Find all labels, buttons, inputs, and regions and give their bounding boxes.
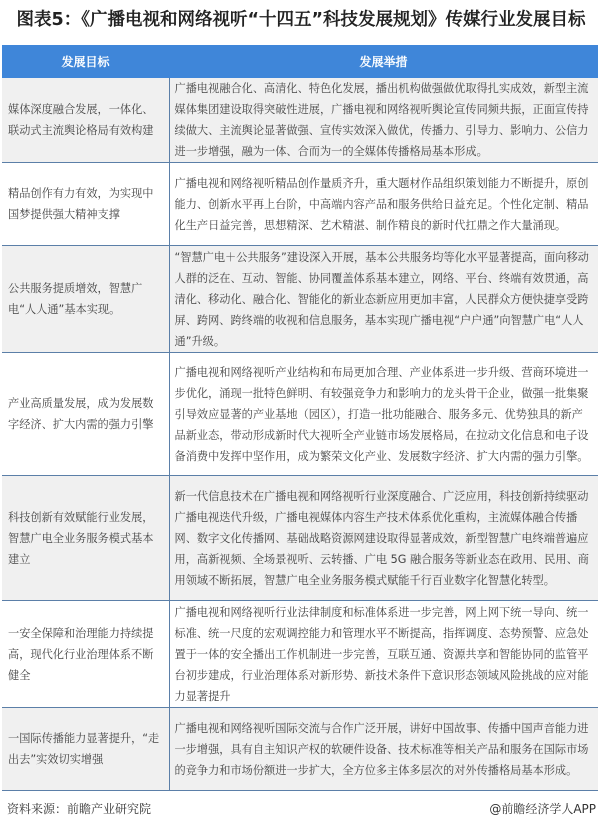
goal-cell: 媒体深度融合发展，一体化、联动式主流舆论格局有效构建 [2,78,169,163]
goal-cell: 一安全保障和治理能力持续提高，现代化行业治理体系不断健全 [2,601,169,708]
goal-cell: 科技创新有效赋能行业发展，智慧广电全业务服务模式基本建立 [2,476,169,601]
footer: 资料来源：前瞻产业研究院 @前瞻经济学人APP [7,800,596,817]
brand-watermark: @前瞻经济学人APP [489,800,596,817]
measure-cell: 新一代信息技术在广播电视和网络视听行业深度融合、广泛应用，科技创新持续驱动广播电… [169,476,598,601]
measure-cell: “智慧广电＋公共服务”建设深入开展，基本公共服务均等化水平显著提高，面向移动人群… [169,246,598,353]
measure-cell: 广播电视和网络视听行业法律制度和标准体系进一步完善，网上网下统一导向、统一标准、… [169,601,598,708]
table-row: 媒体深度融合发展，一体化、联动式主流舆论格局有效构建 广播电视融合化、高清化、特… [2,78,598,163]
table-row: 一国际传播能力显著提升，“走出去”实效切实增强 广播电视和网络视听国际交流与合作… [2,708,598,791]
goal-cell: 产业高质量发展，成为发展数字经济、扩大内需的强力引擎 [2,353,169,476]
header-goal: 发展目标 [2,45,169,78]
table-row: 科技创新有效赋能行业发展，智慧广电全业务服务模式基本建立 新一代信息技术在广播电… [2,476,598,601]
table-row: 一安全保障和治理能力持续提高，现代化行业治理体系不断健全 广播电视和网络视听行业… [2,601,598,708]
goal-cell: 一国际传播能力显著提升，“走出去”实效切实增强 [2,708,169,791]
table-header-row: 发展目标 发展举措 [2,45,598,78]
header-measure: 发展举措 [169,45,598,78]
measure-cell: 广播电视和网络视听产业结构和布局更加合理、产业体系进一步升级、营商环境进一步优化… [169,353,598,476]
table-row: 精品创作有力有效，为实现中国梦提供强大精神支撑 广播电视和网络视听精品创作量质齐… [2,163,598,246]
measure-cell: 广播电视融合化、高清化、特色化发展，播出机构做强做优取得扎实成效，新型主流媒体集… [169,78,598,163]
table-row: 产业高质量发展，成为发展数字经济、扩大内需的强力引擎 广播电视和网络视听产业结构… [2,353,598,476]
measure-cell: 广播电视和网络视听国际交流与合作广泛开展，讲好中国故事、传播中国声音能力进一步增… [169,708,598,791]
measure-cell: 广播电视和网络视听精品创作量质齐升，重大题材作品组织策划能力不断提升，原创能力、… [169,163,598,246]
goal-cell: 精品创作有力有效，为实现中国梦提供强大精神支撑 [2,163,169,246]
figure-title: 图表5：《广播电视和网络视听“十四五”科技发展规划》传媒行业发展目标 [0,8,602,32]
source-note: 资料来源：前瞻产业研究院 [7,800,151,817]
goals-table: 发展目标 发展举措 媒体深度融合发展，一体化、联动式主流舆论格局有效构建 广播电… [2,45,598,791]
table-row: 公共服务提质增效，智慧广电“人人通”基本实现。 “智慧广电＋公共服务”建设深入开… [2,246,598,353]
goal-cell: 公共服务提质增效，智慧广电“人人通”基本实现。 [2,246,169,353]
